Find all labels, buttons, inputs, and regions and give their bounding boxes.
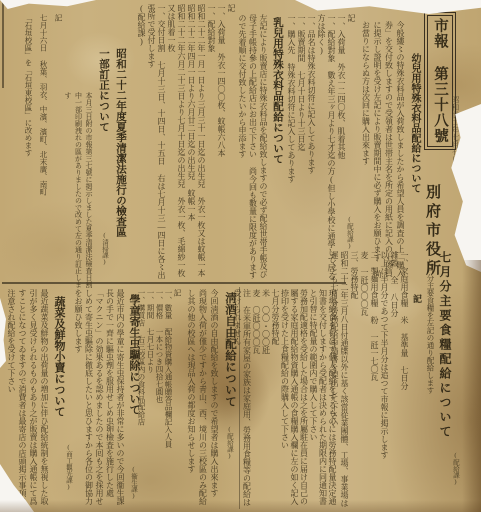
section-parasite-body: 最近市内の學童に寄生虫保持者が非常に多いので今回衞生課長の手で一齊に驅虫劑を服用…	[81, 289, 125, 510]
horizontal-divider-rule	[2, 282, 346, 284]
scanned-bulletin-page: 昭和廿二年七月七日 市報 第三十八號 別府市役所 七月分主要食糧配給について (…	[0, 0, 481, 512]
section-food-intro: 七月分主要食糧を左記の通り配給します	[424, 259, 436, 464]
section-infant-headline: 幼兒用特殊衣料品配給について	[407, 53, 422, 195]
section-food-continuation: 現場給食を行はず個人配給をするものには勞務特配量決定通知書を交付しますから受配者…	[241, 289, 337, 509]
left-edge-line	[2, 0, 4, 88]
section-food-ki-label: 記	[411, 294, 422, 308]
section-infant-body: 今般縷〻の特殊衣料品が入荷致しましたから希望人員を調査の上「購入券」を交付致しま…	[356, 21, 406, 279]
masthead-title: 市報 第三十八號	[429, 18, 451, 144]
section-parasite-dept-tag: (衞生課)	[128, 466, 138, 502]
section-parasite-headline: 學童寄生虫驅除について	[126, 294, 141, 462]
section-infant-dept-tag: (配給課)	[344, 216, 354, 256]
section-sake-body: 今回淸酒の自由配給を致しますので希望者は購入出來ます 尚現物入荷が僅少ですから靑…	[183, 289, 220, 509]
section-sake-dept-tag: (配給課)	[224, 426, 234, 464]
section-baby-ki-items: 記 一、入荷量 外衣一四〇〇枚、蚊帳六八本 一、配給對象 昭和二十二年一月一日よ…	[139, 4, 236, 280]
section-vegetable-dept-tag: (商工觀光課)	[63, 444, 73, 506]
section-cleaning-ki-items: 記 七月十六日 秋葉、羽衣、中濱、濱町、北末廣、南町 「石垣校區」を「石垣東校區…	[14, 14, 66, 280]
section-food-headline: 七月分主要食糧配給について	[437, 251, 453, 486]
masthead-title-box: 市報 第三十八號	[424, 12, 456, 150]
section-food-items: 一、家庭用食糧 米 基準量 七日分 雜穀 全 八日分 以上は半月分であつて下半月…	[333, 251, 409, 509]
section-baby-body: 左記により販賣店に特殊衣料品を配給致しますので必ず配給世帯手帳及び母子手帳持參の…	[237, 14, 268, 280]
section-cleaning-dept-tag: (清掃課)	[99, 232, 109, 272]
section-sake-ki-items: 記 一、數量 配給物資購入通帳贈答品欄記入人員 一、價格 一本につき四拾七圓也 …	[137, 289, 182, 510]
section-food-dept-tag: (配給課)	[449, 452, 460, 504]
section-cleaning-body: 本月三日附の市報第三七號に掲示しました夏季清潔法檢査日割中一部印刷洩れの區があり…	[70, 92, 94, 288]
section-baby-headline: 乳兒用特殊衣料品配給について	[269, 17, 284, 197]
section-sake-headline: 淸酒自由配給について	[221, 292, 237, 424]
section-vegetable-body: 最近蔬菜及鮮物の出荷量の増加に伴ひ配給統制を無視した取引が多く見受けられるものも…	[4, 289, 50, 510]
